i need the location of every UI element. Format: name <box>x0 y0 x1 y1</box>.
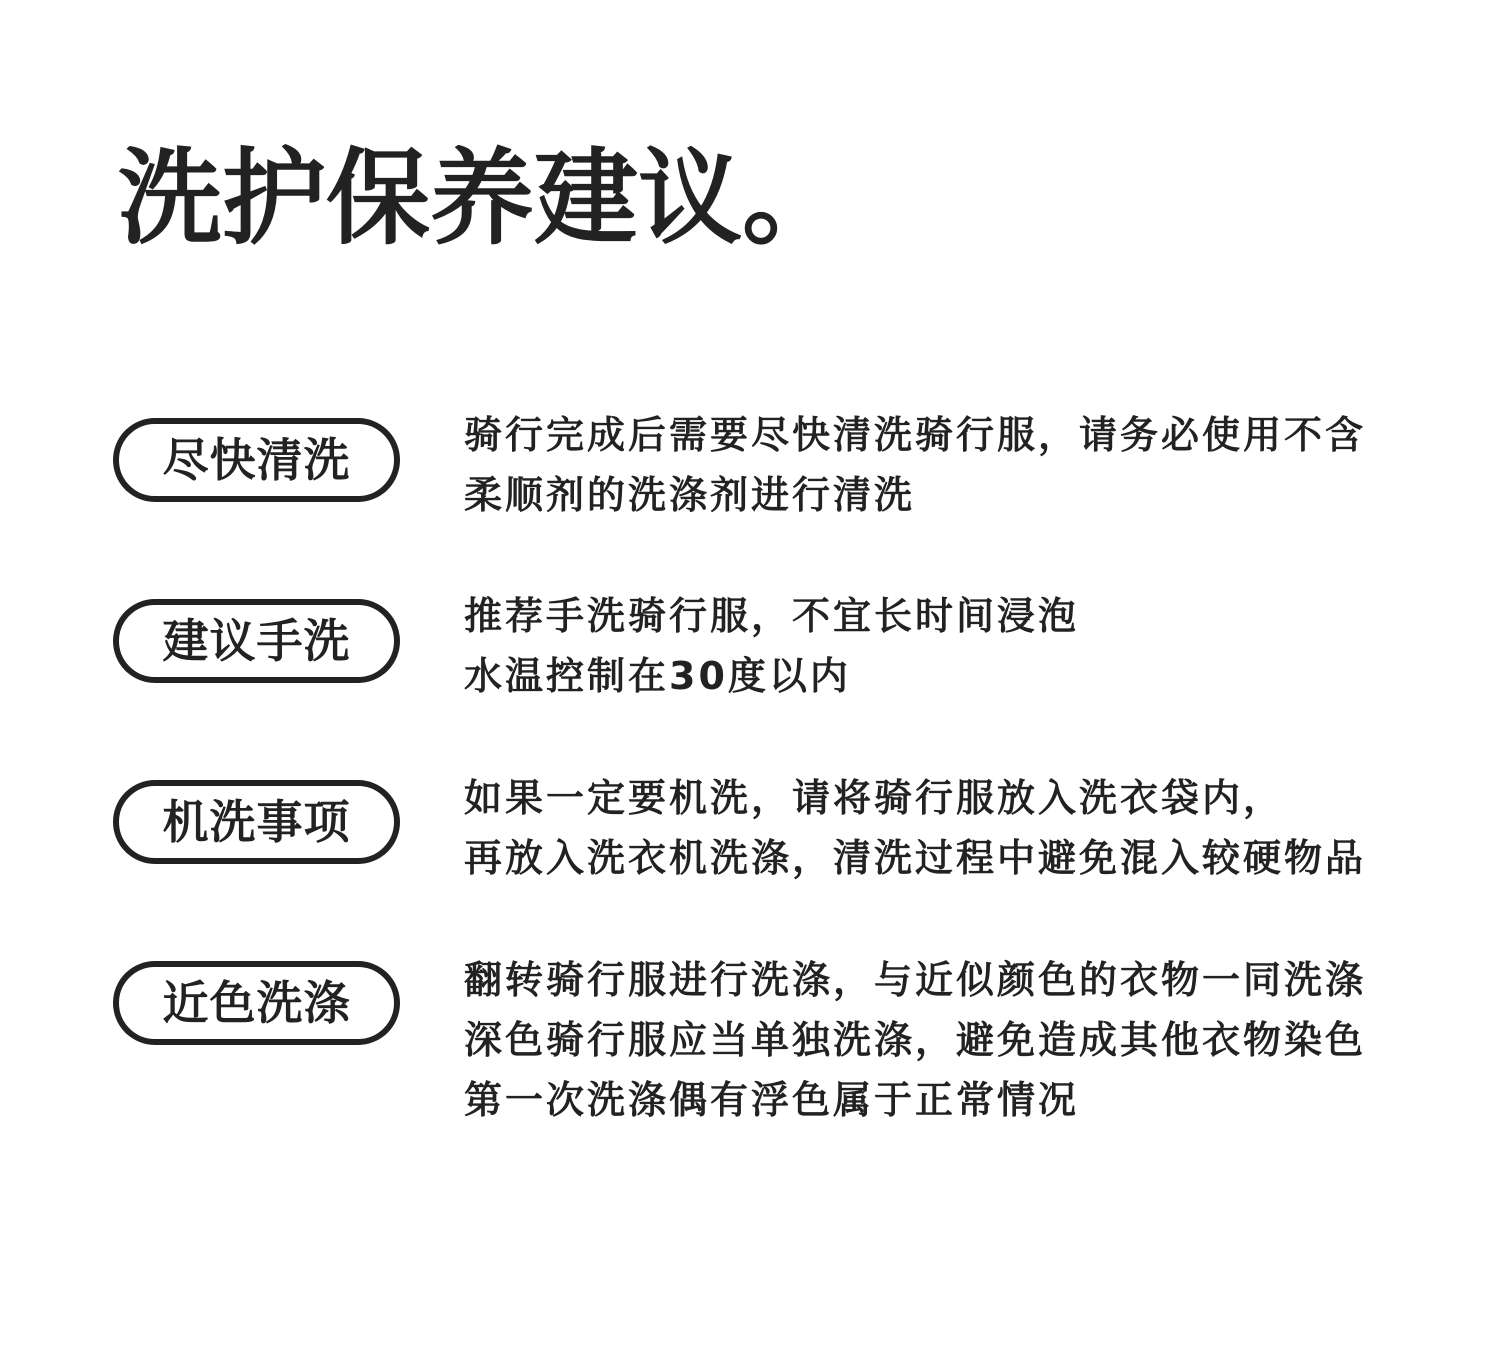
description-line: 深色骑行服应当单独洗涤，避免造成其他衣物染色 <box>464 1010 1424 1070</box>
description-line: 再放入洗衣机洗涤，清洗过程中避免混入较硬物品 <box>464 828 1424 888</box>
section-description: 如果一定要机洗，请将骑行服放入洗衣袋内， 再放入洗衣机洗涤，清洗过程中避免混入较… <box>464 768 1424 888</box>
description-line: 如果一定要机洗，请将骑行服放入洗衣袋内， <box>464 768 1424 828</box>
section-badge: 建议手洗 <box>113 599 400 683</box>
description-line: 水温控制在30度以内 <box>464 646 1424 706</box>
section-description: 推荐手洗骑行服，不宜长时间浸泡 水温控制在30度以内 <box>464 586 1424 706</box>
page-title: 洗护保养建议。 <box>118 128 846 268</box>
description-line: 柔顺剂的洗涤剂进行清洗 <box>464 465 1424 525</box>
section-badge: 机洗事项 <box>113 780 400 864</box>
section-description: 翻转骑行服进行洗涤，与近似颜色的衣物一同洗涤 深色骑行服应当单独洗涤，避免造成其… <box>464 950 1424 1130</box>
section-description: 骑行完成后需要尽快清洗骑行服，请务必使用不含 柔顺剂的洗涤剂进行清洗 <box>464 405 1424 525</box>
section-badge-label: 尽快清洗 <box>163 437 351 483</box>
section-badge-label: 机洗事项 <box>163 799 351 845</box>
section-badge: 尽快清洗 <box>113 418 400 502</box>
description-line: 骑行完成后需要尽快清洗骑行服，请务必使用不含 <box>464 405 1424 465</box>
section-badge: 近色洗涤 <box>113 961 400 1045</box>
description-line: 翻转骑行服进行洗涤，与近似颜色的衣物一同洗涤 <box>464 950 1424 1010</box>
description-line: 第一次洗涤偶有浮色属于正常情况 <box>464 1070 1424 1130</box>
section-badge-label: 建议手洗 <box>163 618 351 664</box>
section-badge-label: 近色洗涤 <box>163 980 351 1026</box>
description-line: 推荐手洗骑行服，不宜长时间浸泡 <box>464 586 1424 646</box>
